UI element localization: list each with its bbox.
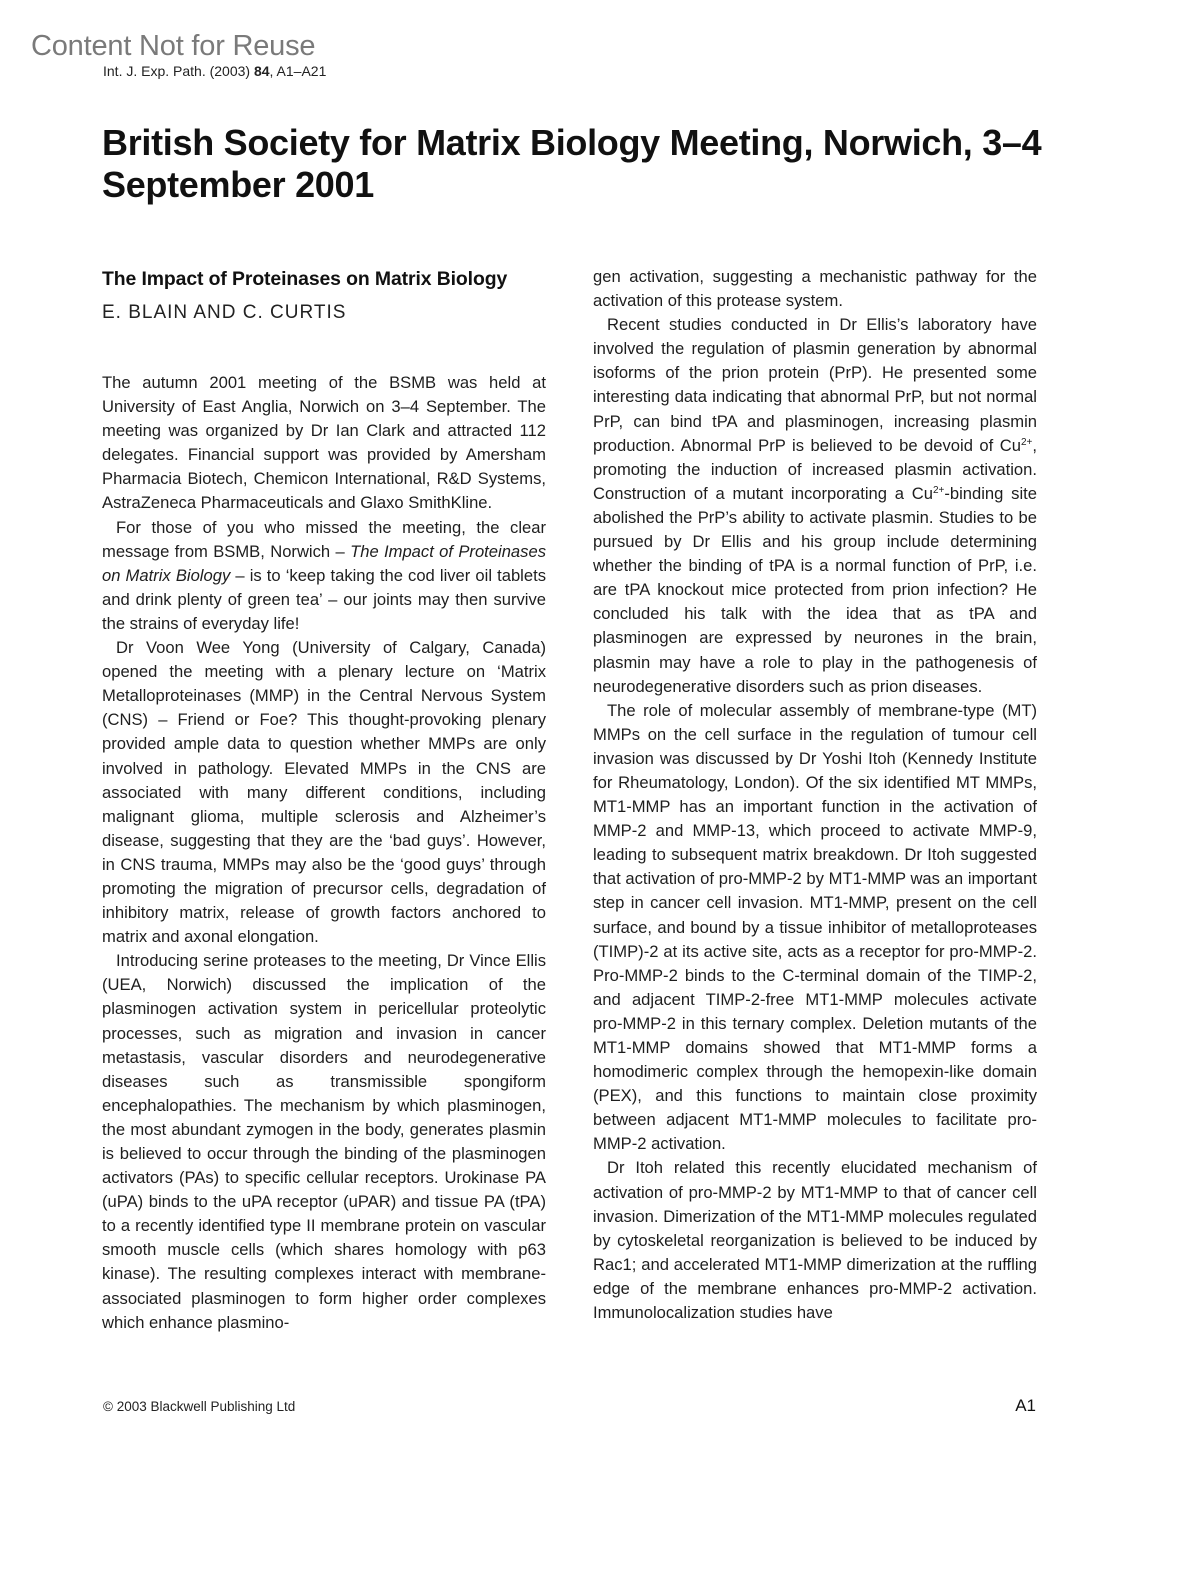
paragraph-message: For those of you who missed the meeting,… [102,516,546,636]
journal-citation: Int. J. Exp. Path. (2003) [103,63,254,79]
column-right: gen activation, suggesting a mechanistic… [593,265,1037,1325]
text-span: -binding site abolished the PrP’s abilit… [593,484,1037,696]
copyright: © 2003 Blackwell Publishing Ltd [103,1399,295,1414]
paragraph-ellis-continued: gen activation, suggesting a mechanistic… [593,265,1037,313]
paragraph-ellis: Introducing serine proteases to the meet… [102,949,546,1335]
journal-pages: , A1–A21 [270,63,327,79]
superscript: 2+ [1021,437,1032,448]
page-number: A1 [1015,1396,1036,1416]
paragraph-prion: Recent studies conducted in Dr Ellis’s l… [593,313,1037,699]
paragraph-itoh-invasion: Dr Itoh related this recently elucidated… [593,1156,1037,1325]
paragraph-yong: Dr Voon Wee Yong (University of Calgary,… [102,636,546,949]
watermark: Content Not for Reuse [31,30,315,63]
journal-volume: 84 [254,63,270,79]
page-title: British Society for Matrix Biology Meeti… [102,122,1062,206]
superscript: 2+ [933,485,944,496]
paragraph-itoh: The role of molecular assembly of membra… [593,699,1037,1157]
authors: E. BLAIN AND C. CURTIS [102,299,546,327]
paragraph-intro: The autumn 2001 meeting of the BSMB was … [102,371,546,516]
column-left: The Impact of Proteinases on Matrix Biol… [102,265,546,1335]
text-span: Recent studies conducted in Dr Ellis’s l… [593,315,1037,454]
journal-reference: Int. J. Exp. Path. (2003) 84, A1–A21 [103,63,326,79]
section-title: The Impact of Proteinases on Matrix Biol… [102,265,546,293]
